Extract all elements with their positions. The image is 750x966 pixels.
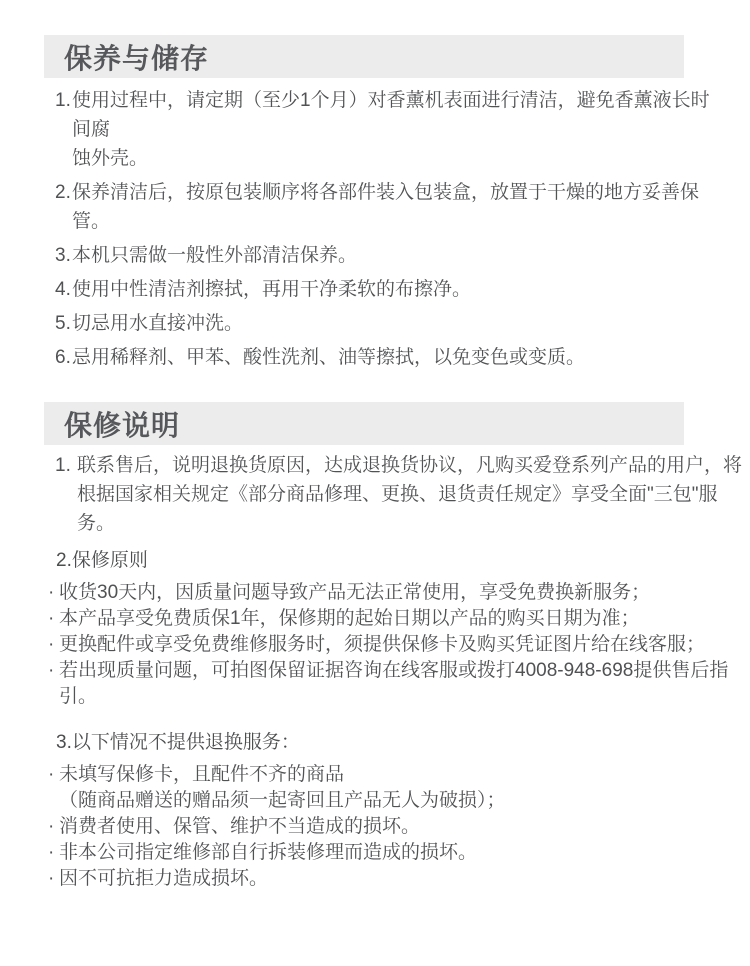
item-text: 非本公司指定维修部自行拆装修理而造成的损坏。 bbox=[59, 840, 477, 866]
maintenance-title: 保养与储存 bbox=[44, 37, 209, 77]
item-text: 忌用稀释剂、甲苯、酸性洗剂、油等擦拭，以免变色或变质。 bbox=[72, 343, 585, 372]
bullet-icon: · bbox=[48, 866, 59, 892]
bullet-icon: · bbox=[48, 840, 59, 866]
item-number: 1. bbox=[55, 86, 72, 173]
list-item: 3. 本机只需做一般性外部清洁保养。 bbox=[55, 241, 720, 270]
item-text: 若出现质量问题，可拍图保留证据咨询在线客服或拨打4008-948-698提供售后… bbox=[59, 658, 730, 710]
list-item: · 本产品享受免费质保1年，保修期的起始日期以产品的购买日期为准； bbox=[48, 606, 730, 632]
item-text: 使用过程中，请定期（至少1个月）对香薰机表面进行清洁，避免香薰液长时间腐 蚀外壳… bbox=[72, 86, 720, 173]
warranty-title: 保修说明 bbox=[44, 404, 180, 444]
list-item: · 未填写保修卡，且配件不齐的商品 （随商品赠送的赠品须一起寄回且产品无人为破损… bbox=[48, 762, 730, 814]
bullet-icon: · bbox=[48, 814, 59, 840]
item-number: 4. bbox=[55, 275, 72, 304]
item-number: 6. bbox=[55, 343, 72, 372]
warranty-principles-list: · 收货30天内，因质量问题导致产品无法正常使用，享受免费换新服务； · 本产品… bbox=[48, 580, 750, 710]
list-item: · 更换配件或享受免费维修服务时，须提供保修卡及购买凭证图片给在线客服； bbox=[48, 632, 730, 658]
list-item: · 因不可抗拒力造成损坏。 bbox=[48, 866, 730, 892]
warranty-title-bar: 保修说明 bbox=[44, 402, 684, 445]
item-text: 更换配件或享受免费维修服务时，须提供保修卡及购买凭证图片给在线客服； bbox=[59, 632, 705, 658]
list-item: · 非本公司指定维修部自行拆装修理而造成的损坏。 bbox=[48, 840, 730, 866]
item-text: 本机只需做一般性外部清洁保养。 bbox=[72, 241, 357, 270]
list-item: · 消费者使用、保管、维护不当造成的损坏。 bbox=[48, 814, 730, 840]
bullet-icon: · bbox=[48, 606, 59, 632]
item-text: 本产品享受免费质保1年，保修期的起始日期以产品的购买日期为准； bbox=[59, 606, 640, 632]
item-text: 使用中性清洁剂擦拭，再用干净柔软的布擦净。 bbox=[72, 275, 471, 304]
list-item: 6. 忌用稀释剂、甲苯、酸性洗剂、油等擦拭，以免变色或变质。 bbox=[55, 343, 720, 372]
item-text: 因不可抗拒力造成损坏。 bbox=[59, 866, 268, 892]
item-number: 3. bbox=[55, 241, 72, 270]
list-item: · 若出现质量问题，可拍图保留证据咨询在线客服或拨打4008-948-698提供… bbox=[48, 658, 730, 710]
maintenance-title-bar: 保养与储存 bbox=[44, 35, 684, 78]
item-number: 2. bbox=[55, 178, 72, 236]
item-text: 切忌用水直接冲洗。 bbox=[72, 309, 243, 338]
section-warranty: 保修说明 1. 联系售后，说明退换货原因，达成退换货协议，凡购买爱登系列产品的用… bbox=[0, 402, 750, 892]
item-text: 联系售后，说明退换货原因，达成退换货协议，凡购买爱登系列产品的用户，将 根据国家… bbox=[77, 451, 750, 538]
warranty-principles-heading: 2.保修原则 bbox=[56, 546, 750, 575]
maintenance-list: 1. 使用过程中，请定期（至少1个月）对香薰机表面进行清洁，避免香薰液长时间腐 … bbox=[55, 86, 750, 372]
warranty-contact-item: 1. 联系售后，说明退换货原因，达成退换货协议，凡购买爱登系列产品的用户，将 根… bbox=[55, 451, 750, 538]
item-number: 5. bbox=[55, 309, 72, 338]
manual-page: 保养与储存 1. 使用过程中，请定期（至少1个月）对香薰机表面进行清洁，避免香薰… bbox=[0, 0, 750, 966]
warranty-exclusions-list: · 未填写保修卡，且配件不齐的商品 （随商品赠送的赠品须一起寄回且产品无人为破损… bbox=[48, 762, 750, 892]
item-text: 收货30天内，因质量问题导致产品无法正常使用，享受免费换新服务； bbox=[59, 580, 650, 606]
item-text: 保养清洁后，按原包装顺序将各部件装入包装盒，放置于干燥的地方妥善保管。 bbox=[72, 178, 720, 236]
item-text: 消费者使用、保管、维护不当造成的损坏。 bbox=[59, 814, 420, 840]
bullet-icon: · bbox=[48, 762, 59, 814]
list-item: · 收货30天内，因质量问题导致产品无法正常使用，享受免费换新服务； bbox=[48, 580, 730, 606]
list-item: 2. 保养清洁后，按原包装顺序将各部件装入包装盒，放置于干燥的地方妥善保管。 bbox=[55, 178, 720, 236]
bullet-icon: · bbox=[48, 658, 59, 710]
list-item: 5. 切忌用水直接冲洗。 bbox=[55, 309, 720, 338]
item-text: 未填写保修卡，且配件不齐的商品 （随商品赠送的赠品须一起寄回且产品无人为破损）； bbox=[59, 762, 506, 814]
list-item: 4. 使用中性清洁剂擦拭，再用干净柔软的布擦净。 bbox=[55, 275, 720, 304]
list-item: 1. 使用过程中，请定期（至少1个月）对香薰机表面进行清洁，避免香薰液长时间腐 … bbox=[55, 86, 720, 173]
section-maintenance: 保养与储存 1. 使用过程中，请定期（至少1个月）对香薰机表面进行清洁，避免香薰… bbox=[0, 35, 750, 372]
warranty-exclusions-heading: 3.以下情况不提供退换服务： bbox=[56, 728, 750, 757]
item-number: 1. bbox=[55, 451, 77, 538]
bullet-icon: · bbox=[48, 580, 59, 606]
bullet-icon: · bbox=[48, 632, 59, 658]
